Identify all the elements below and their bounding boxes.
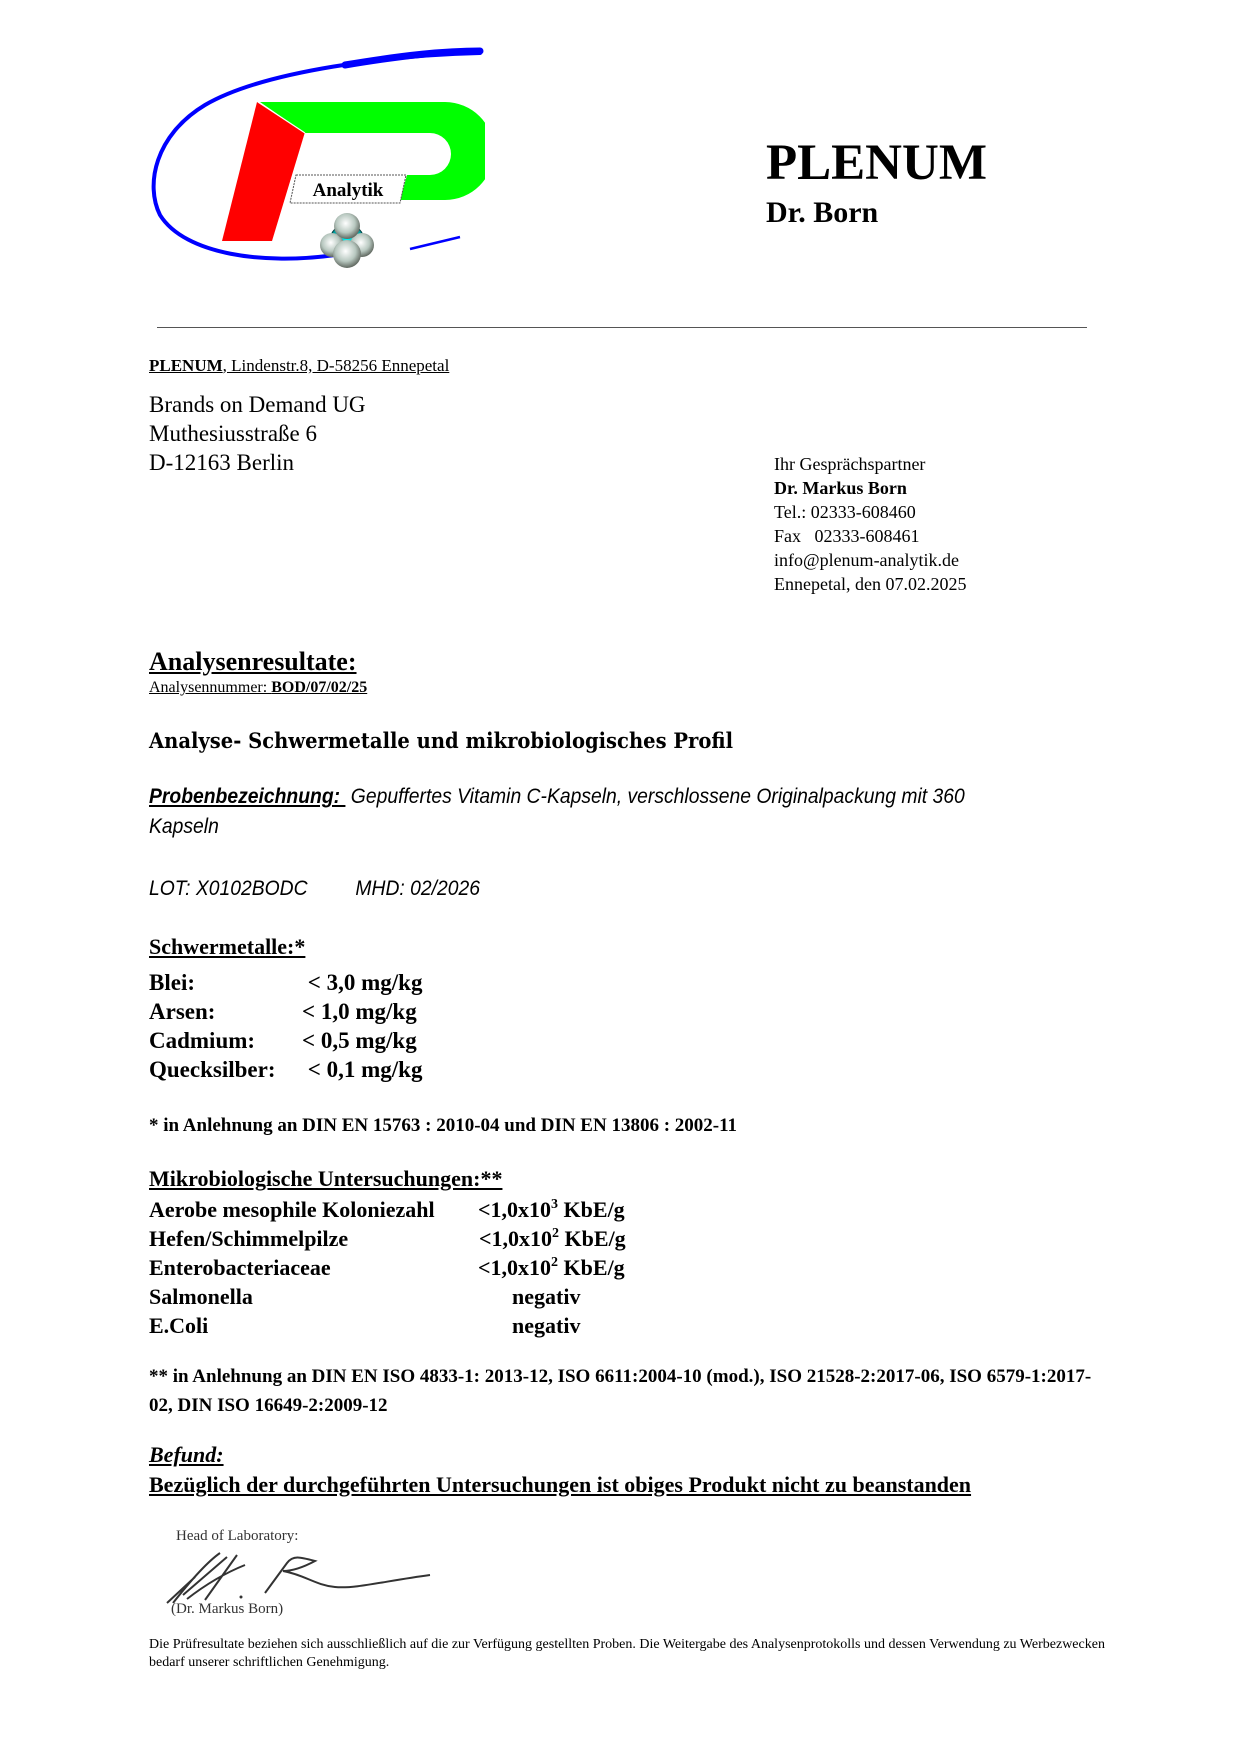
metal-value: < 0,5 mg/kg: [302, 1026, 417, 1055]
results-title: Analysenresultate:: [149, 648, 357, 677]
metal-value: < 0,1 mg/kg: [302, 1055, 422, 1084]
recipient-city: D-12163 Berlin: [149, 448, 366, 477]
test-result: <1,0x102 KbE/g: [479, 1224, 626, 1253]
heavy-metals-footnote: * in Anlehnung an DIN EN 15763 : 2010-04…: [149, 1115, 737, 1138]
test-result: negativ: [512, 1311, 580, 1340]
table-row: E.Coli negativ: [149, 1311, 669, 1340]
plenum-analytik-logo: Analytik: [145, 45, 485, 305]
heavy-metals-table: Blei: < 3,0 mg/kg Arsen: < 1,0 mg/kg Cad…: [149, 968, 422, 1084]
best-before: MHD: 02/2026: [355, 877, 480, 900]
analysis-heading: Analyse- Schwermetalle und mikrobiologis…: [149, 728, 733, 753]
analysis-number-label: Analysennummer:: [149, 679, 271, 696]
test-result: <1,0x103 KbE/g: [478, 1195, 625, 1224]
recipient-address: Brands on Demand UG Muthesiusstraße 6 D-…: [149, 390, 366, 477]
sender-company: PLENUM: [149, 356, 223, 375]
sample-label: Probenbezeichnung:: [149, 785, 345, 808]
table-row: Enterobacteriaceae <1,0x102 KbE/g: [149, 1253, 669, 1282]
lot-number: LOT: X0102BODC: [149, 877, 308, 900]
sample-description: Probenbezeichnung: Gepuffertes Vitamin C…: [149, 782, 1032, 842]
metal-name: Blei:: [149, 968, 302, 997]
sender-address-line: PLENUM, Lindenstr.8, D-58256 Ennepetal: [149, 356, 449, 376]
microbiology-title: Mikrobiologische Untersuchungen:**: [149, 1167, 502, 1191]
table-row: Salmonella negativ: [149, 1282, 669, 1311]
place-date: Ennepetal, den 07.02.2025: [774, 572, 966, 596]
table-row: Quecksilber: < 0,1 mg/kg: [149, 1055, 422, 1084]
logo-swoosh-icon: [154, 53, 480, 259]
signature-name: (Dr. Markus Born): [171, 1601, 283, 1618]
molecule-icon: [320, 213, 374, 268]
disclaimer: Die Prüfresultate beziehen sich ausschli…: [149, 1636, 1109, 1672]
header-divider: [157, 327, 1087, 328]
heavy-metals-title: Schwermetalle:*: [149, 935, 305, 959]
test-result: <1,0x102 KbE/g: [478, 1253, 625, 1282]
brand-subtitle: Dr. Born: [766, 198, 878, 228]
table-row: Arsen: < 1,0 mg/kg: [149, 997, 422, 1026]
test-name: Aerobe mesophile Koloniezahl: [149, 1195, 435, 1224]
table-row: Cadmium: < 0,5 mg/kg: [149, 1026, 422, 1055]
sender-address: , Lindenstr.8, D-58256 Ennepetal: [223, 356, 450, 375]
metal-value: < 1,0 mg/kg: [302, 997, 417, 1026]
contact-name: Dr. Markus Born: [774, 476, 966, 500]
test-name: Hefen/Schimmelpilze: [149, 1224, 348, 1253]
metal-name: Cadmium:: [149, 1026, 302, 1055]
table-row: Blei: < 3,0 mg/kg: [149, 968, 422, 997]
recipient-company: Brands on Demand UG: [149, 390, 366, 419]
contact-fax: Fax 02333-608461: [774, 524, 966, 548]
test-name: E.Coli: [149, 1311, 208, 1340]
table-row: Aerobe mesophile Koloniezahl <1,0x103 Kb…: [149, 1195, 669, 1224]
signature-heading: Head of Laboratory:: [176, 1528, 298, 1545]
metal-value: < 3,0 mg/kg: [302, 968, 422, 997]
analysis-number-value: BOD/07/02/25: [271, 679, 367, 696]
microbiology-table: Aerobe mesophile Koloniezahl <1,0x103 Kb…: [149, 1195, 669, 1340]
recipient-street: Muthesiusstraße 6: [149, 419, 366, 448]
brand-name: PLENUM: [766, 138, 987, 189]
table-row: Hefen/Schimmelpilze <1,0x102 KbE/g: [149, 1224, 669, 1253]
contact-tel: Tel.: 02333-608460: [774, 500, 966, 524]
lot-line: LOT: X0102BODCMHD: 02/2026: [149, 874, 480, 904]
test-result: negativ: [512, 1282, 580, 1311]
finding-label: Befund:: [149, 1443, 224, 1467]
finding-text: Bezüglich der durchgeführten Untersuchun…: [149, 1472, 971, 1498]
metal-name: Arsen:: [149, 997, 302, 1026]
metal-name: Quecksilber:: [149, 1055, 302, 1084]
analysis-number: Analysennummer: BOD/07/02/25: [149, 678, 367, 697]
microbiology-footnote: ** in Anlehnung an DIN EN ISO 4833-1: 20…: [149, 1362, 1109, 1420]
test-name: Enterobacteriaceae: [149, 1253, 331, 1282]
contact-block: Ihr Gesprächspartner Dr. Markus Born Tel…: [774, 452, 966, 596]
contact-label: Ihr Gesprächspartner: [774, 452, 966, 476]
contact-email[interactable]: info@plenum-analytik.de: [774, 548, 966, 572]
test-name: Salmonella: [149, 1282, 253, 1311]
logo-text: Analytik: [313, 180, 384, 201]
